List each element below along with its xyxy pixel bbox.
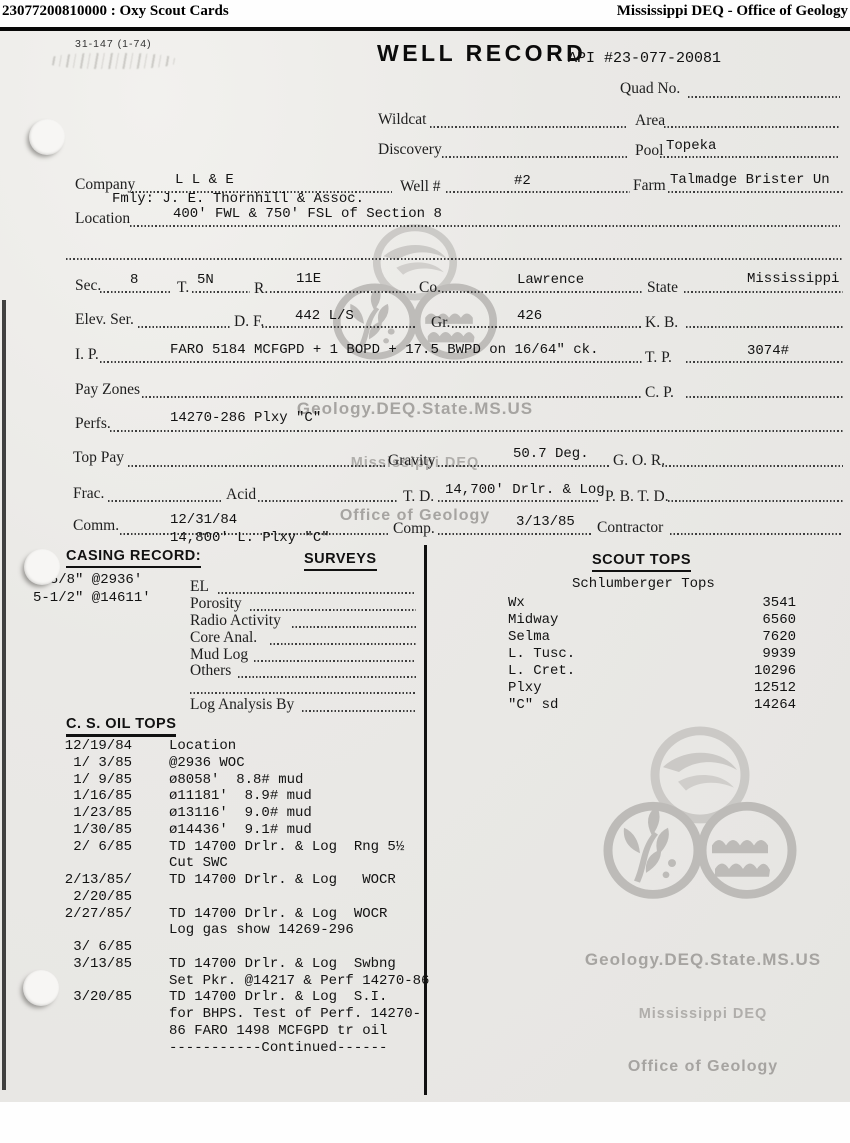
formation-depth: 6560: [762, 612, 796, 628]
pool-value: Topeka: [666, 138, 716, 154]
scout-top-row: Wx 3541: [508, 595, 796, 611]
gravity-value: 50.7 Deg.: [513, 446, 589, 462]
total-depth-value: 14,700' Drlr. & Log: [445, 482, 605, 498]
dotted-line: [446, 191, 630, 193]
oil-top-entry: Cut SWC: [55, 855, 429, 872]
entry-date: [55, 1006, 132, 1023]
pencil-smudge: [48, 53, 176, 69]
casing-record-heading: CASING RECORD:: [66, 548, 201, 568]
dotted-line: [662, 465, 843, 467]
farm-label: Farm: [633, 177, 666, 195]
dotted-line: [190, 692, 416, 694]
township-label: T.: [177, 279, 189, 297]
entry-date: [55, 1040, 132, 1057]
oil-top-entry: 1/ 9/85ø8058' 8.8# mud: [55, 772, 429, 789]
entry-date: 1/16/85: [55, 788, 132, 805]
entry-text: Set Pkr. @14217 & Perf 14270-86: [169, 973, 429, 990]
scan-header-left: 23077200810000 : Oxy Scout Cards: [2, 3, 229, 20]
formation-name: Midway: [508, 612, 558, 628]
dotted-line: [100, 291, 172, 293]
acid-label: Acid: [226, 486, 256, 504]
entry-text: ø11181' 8.9# mud: [169, 788, 312, 805]
scan-left-edge: [2, 300, 6, 1090]
entry-text: Cut SWC: [169, 855, 228, 872]
completed-value: 3/13/85: [516, 514, 575, 530]
perfs-value: 14270-286 Plxy "C": [170, 410, 321, 426]
entry-text: -----------Continued------: [169, 1040, 387, 1057]
entry-date: 1/30/85: [55, 822, 132, 839]
formation-depth: 9939: [762, 646, 796, 662]
pbtd-label: P. B. T. D.: [605, 488, 669, 506]
elevation-label: Elev. Ser.: [75, 311, 134, 329]
dotted-line: [108, 500, 222, 502]
dotted-line: [258, 500, 398, 502]
dotted-line: [292, 626, 416, 628]
entry-date: 1/ 3/85: [55, 755, 132, 772]
surveys-heading: SURVEYS: [304, 551, 377, 571]
scan-divider-bar: [0, 27, 850, 31]
scout-top-row: "C" sd 14264: [508, 697, 796, 713]
oil-top-entry: 3/ 6/85: [55, 939, 429, 956]
dotted-line: [686, 396, 843, 398]
kelly-bushing-label: K. B.: [645, 314, 678, 332]
scout-top-row: L. Cret. 10296: [508, 663, 796, 679]
formation-name: L. Cret.: [508, 663, 575, 679]
entry-date: [55, 1023, 132, 1040]
area-label: Area: [635, 112, 665, 130]
dotted-line: [686, 326, 843, 328]
ground-label: Gr.: [431, 314, 450, 332]
entry-date: 3/13/85: [55, 956, 132, 973]
survey-item-el: EL: [190, 578, 209, 596]
entry-date: 3/ 6/85: [55, 939, 132, 956]
dotted-line: [100, 361, 642, 363]
oil-top-entry: Set Pkr. @14217 & Perf 14270-86: [55, 973, 429, 990]
oil-top-entry: 3/20/85TD 14700 Drlr. & Log S.I.: [55, 989, 429, 1006]
dotted-line: [128, 465, 385, 467]
formation-name: "C" sd: [508, 697, 558, 713]
formation-name: Plxy: [508, 680, 542, 696]
formation-depth: 10296: [754, 663, 796, 679]
dotted-line: [218, 592, 416, 594]
formation-depth: 3541: [762, 595, 796, 611]
oil-top-entry: 2/27/85/TD 14700 Drlr. & Log WOCR: [55, 906, 429, 923]
entry-date: 3/20/85: [55, 989, 132, 1006]
watermark-agency: Mississippi DEQ: [553, 1006, 850, 1022]
watermark-office: Office of Geology: [553, 1058, 850, 1076]
entry-date: [55, 922, 132, 939]
gravity-label: Gravity: [388, 452, 435, 470]
scout-top-row: Plxy 12512: [508, 680, 796, 696]
dotted-line: [192, 291, 250, 293]
dotted-line: [438, 465, 610, 467]
dotted-line: [452, 326, 642, 328]
initial-production-value: FARO 5184 MCFGPD + 1 BOPD + 17.5 BWPD on…: [170, 342, 598, 358]
family-note-value: Fmly: J. E. Thornhill & Assoc.: [112, 191, 364, 207]
dotted-line: [142, 396, 642, 398]
quad-no-label: Quad No.: [620, 80, 680, 98]
scout-top-row: L. Tusc. 9939: [508, 646, 796, 662]
derrick-floor-value: 442 L/S: [295, 308, 354, 324]
entry-text: Location: [169, 738, 236, 755]
survey-item-core-anal: Core Anal.: [190, 629, 257, 647]
county-label: Co.: [419, 279, 441, 297]
dotted-line: [442, 156, 628, 158]
entry-text: for BHPS. Test of Perf. 14270-: [169, 1006, 421, 1023]
dotted-line: [438, 533, 592, 535]
formation-depth: 12512: [754, 680, 796, 696]
scan-header-bar: 23077200810000 : Oxy Scout Cards Mississ…: [0, 0, 850, 27]
location-value: 400' FWL & 750' FSL of Section 8: [173, 206, 442, 222]
entry-date: 2/ 6/85: [55, 839, 132, 856]
company-value: L L & E: [175, 172, 234, 188]
well-number-value: #2: [514, 173, 531, 189]
pool-label: Pool: [635, 142, 663, 160]
range-label: R.: [254, 280, 268, 298]
entry-text: TD 14700 Drlr. & Log WOCR: [169, 906, 387, 923]
hole-punch-bottom: [23, 970, 59, 1006]
dotted-line: [138, 326, 230, 328]
dotted-line: [130, 225, 840, 227]
entry-date: [55, 973, 132, 990]
api-number: API #23-077-20081: [568, 50, 721, 67]
survey-item-porosity: Porosity: [190, 595, 242, 613]
pay-zones-label: Pay Zones: [75, 381, 140, 399]
oil-top-entry: 2/20/85: [55, 889, 429, 906]
oil-top-entry: 2/13/85/TD 14700 Drlr. & Log WOCR: [55, 872, 429, 889]
range-value: 11E: [296, 271, 321, 287]
oil-tops-log: 12/19/84Location 1/ 3/85@2936 WOC 1/ 9/8…: [55, 738, 429, 1056]
contractor-label: Contractor: [597, 519, 663, 537]
dotted-line: [660, 156, 840, 158]
total-depth-label: T. D.: [403, 488, 434, 506]
tubing-pressure-label: T. P.: [645, 349, 672, 367]
scout-tops-heading: SCOUT TOPS: [592, 552, 691, 572]
dotted-line: [270, 291, 416, 293]
oil-top-entry: 1/30/85ø14436' 9.1# mud: [55, 822, 429, 839]
commenced-note-value: 14,800' L. Plxy "C": [170, 530, 330, 546]
hole-punch-middle: [24, 549, 60, 585]
scanned-well-record-page: 23077200810000 : Oxy Scout Cards Mississ…: [0, 0, 850, 1143]
dotted-line: [442, 291, 642, 293]
oil-top-entry: 2/ 6/85TD 14700 Drlr. & Log Rng 5½: [55, 839, 429, 856]
entry-date: 1/ 9/85: [55, 772, 132, 789]
oil-top-entry: 86 FARO 1498 MCFGPD tr oil: [55, 1023, 429, 1040]
discovery-label: Discovery: [378, 141, 442, 159]
farm-value: Talmadge Brister Un: [670, 172, 830, 188]
entry-date: 2/27/85/: [55, 906, 132, 923]
initial-production-label: I. P.: [75, 346, 99, 364]
dotted-line: [430, 126, 628, 128]
section-value: 8: [130, 272, 138, 288]
dotted-line: [238, 676, 416, 678]
top-pay-label: Top Pay: [73, 449, 124, 467]
formation-name: L. Tusc.: [508, 646, 575, 662]
casing-pressure-label: C. P.: [645, 384, 674, 402]
wildcat-label: Wildcat: [378, 111, 426, 129]
oil-top-entry-continued: -----------Continued------: [55, 1040, 429, 1057]
formation-depth: 14264: [754, 697, 796, 713]
oil-top-entry: 12/19/84Location: [55, 738, 429, 755]
dotted-line: [684, 291, 843, 293]
commenced-value: 12/31/84: [170, 512, 237, 528]
frac-label: Frac.: [73, 485, 104, 503]
log-analysis-by-label: Log Analysis By: [190, 696, 294, 714]
survey-item-others: Others: [190, 662, 231, 680]
dotted-line: [668, 191, 843, 193]
survey-item-radio-activity: Radio Activity: [190, 612, 281, 630]
entry-text: ø13116' 9.0# mud: [169, 805, 312, 822]
dotted-line: [686, 361, 843, 363]
entry-text: @2936 WOC: [169, 755, 245, 772]
dotted-line: [110, 430, 843, 432]
dotted-line: [66, 258, 842, 260]
casing-entry: 5-1/2" @14611': [33, 590, 151, 606]
commenced-label: Comm.: [73, 517, 119, 535]
well-number-label: Well #: [400, 178, 441, 196]
oil-top-entry: for BHPS. Test of Perf. 14270-: [55, 1006, 429, 1023]
dotted-line: [438, 500, 600, 502]
dotted-line: [688, 96, 840, 98]
dotted-line: [668, 500, 843, 502]
gor-label: G. O. R.: [613, 452, 665, 470]
township-value: 5N: [197, 272, 214, 288]
formation-name: Wx: [508, 595, 525, 611]
scan-footer-bar: [0, 1102, 850, 1143]
oil-top-entry: 3/13/85TD 14700 Drlr. & Log Swbng: [55, 956, 429, 973]
dotted-line: [270, 643, 416, 645]
entry-text: TD 14700 Drlr. & Log WOCR: [169, 872, 396, 889]
formation-name: Selma: [508, 629, 550, 645]
entry-text: TD 14700 Drlr. & Log Swbng: [169, 956, 396, 973]
entry-text: Log gas show 14269-296: [169, 922, 354, 939]
entry-date: [55, 855, 132, 872]
dotted-line: [664, 126, 840, 128]
ground-value: 426: [517, 308, 542, 324]
form-number: 31-147 (1-74): [75, 38, 152, 50]
state-label: State: [647, 279, 678, 297]
location-label: Location: [75, 210, 130, 228]
tubing-pressure-value: 3074#: [747, 343, 789, 359]
entry-text: ø8058' 8.8# mud: [169, 772, 303, 789]
entry-date: 2/20/85: [55, 889, 132, 906]
dotted-line: [250, 609, 416, 611]
dotted-line: [262, 326, 416, 328]
deq-logo-watermark-lower: [600, 726, 800, 912]
oil-top-entry: 1/23/85ø13116' 9.0# mud: [55, 805, 429, 822]
scout-top-row: Midway 6560: [508, 612, 796, 628]
page-title: WELL RECORD: [377, 40, 586, 67]
entry-date: 2/13/85/: [55, 872, 132, 889]
scan-header-right: Mississippi DEQ - Office of Geology: [617, 3, 848, 20]
entry-text: ø14436' 9.1# mud: [169, 822, 312, 839]
dotted-line: [670, 533, 843, 535]
oil-top-entry: Log gas show 14269-296: [55, 922, 429, 939]
perfs-label: Perfs.: [75, 415, 111, 433]
scout-tops-subheading: Schlumberger Tops: [572, 576, 715, 592]
completed-label: Comp.: [393, 520, 435, 538]
state-value: Mississippi: [747, 271, 839, 287]
oil-top-entry: 1/ 3/85@2936 WOC: [55, 755, 429, 772]
dotted-line: [302, 710, 416, 712]
formation-depth: 7620: [762, 629, 796, 645]
scout-top-row: Selma 7620: [508, 629, 796, 645]
watermark-url: Geology.DEQ.State.MS.US: [553, 950, 850, 970]
entry-text: 86 FARO 1498 MCFGPD tr oil: [169, 1023, 387, 1040]
entry-text: TD 14700 Drlr. & Log Rng 5½: [169, 839, 404, 856]
entry-date: 12/19/84: [55, 738, 132, 755]
oil-top-entry: 1/16/85ø11181' 8.9# mud: [55, 788, 429, 805]
dotted-line: [254, 660, 416, 662]
hole-punch-top: [29, 119, 65, 155]
derrick-floor-label: D. F.: [234, 313, 264, 331]
section-label: Sec.: [75, 277, 101, 295]
entry-text: TD 14700 Drlr. & Log S.I.: [169, 989, 387, 1006]
cs-oil-tops-heading: C. S. OIL TOPS: [66, 716, 176, 737]
county-value: Lawrence: [517, 272, 584, 288]
entry-date: 1/23/85: [55, 805, 132, 822]
deq-watermark-text-lower: Geology.DEQ.State.MS.US Mississippi DEQ …: [553, 914, 850, 1112]
